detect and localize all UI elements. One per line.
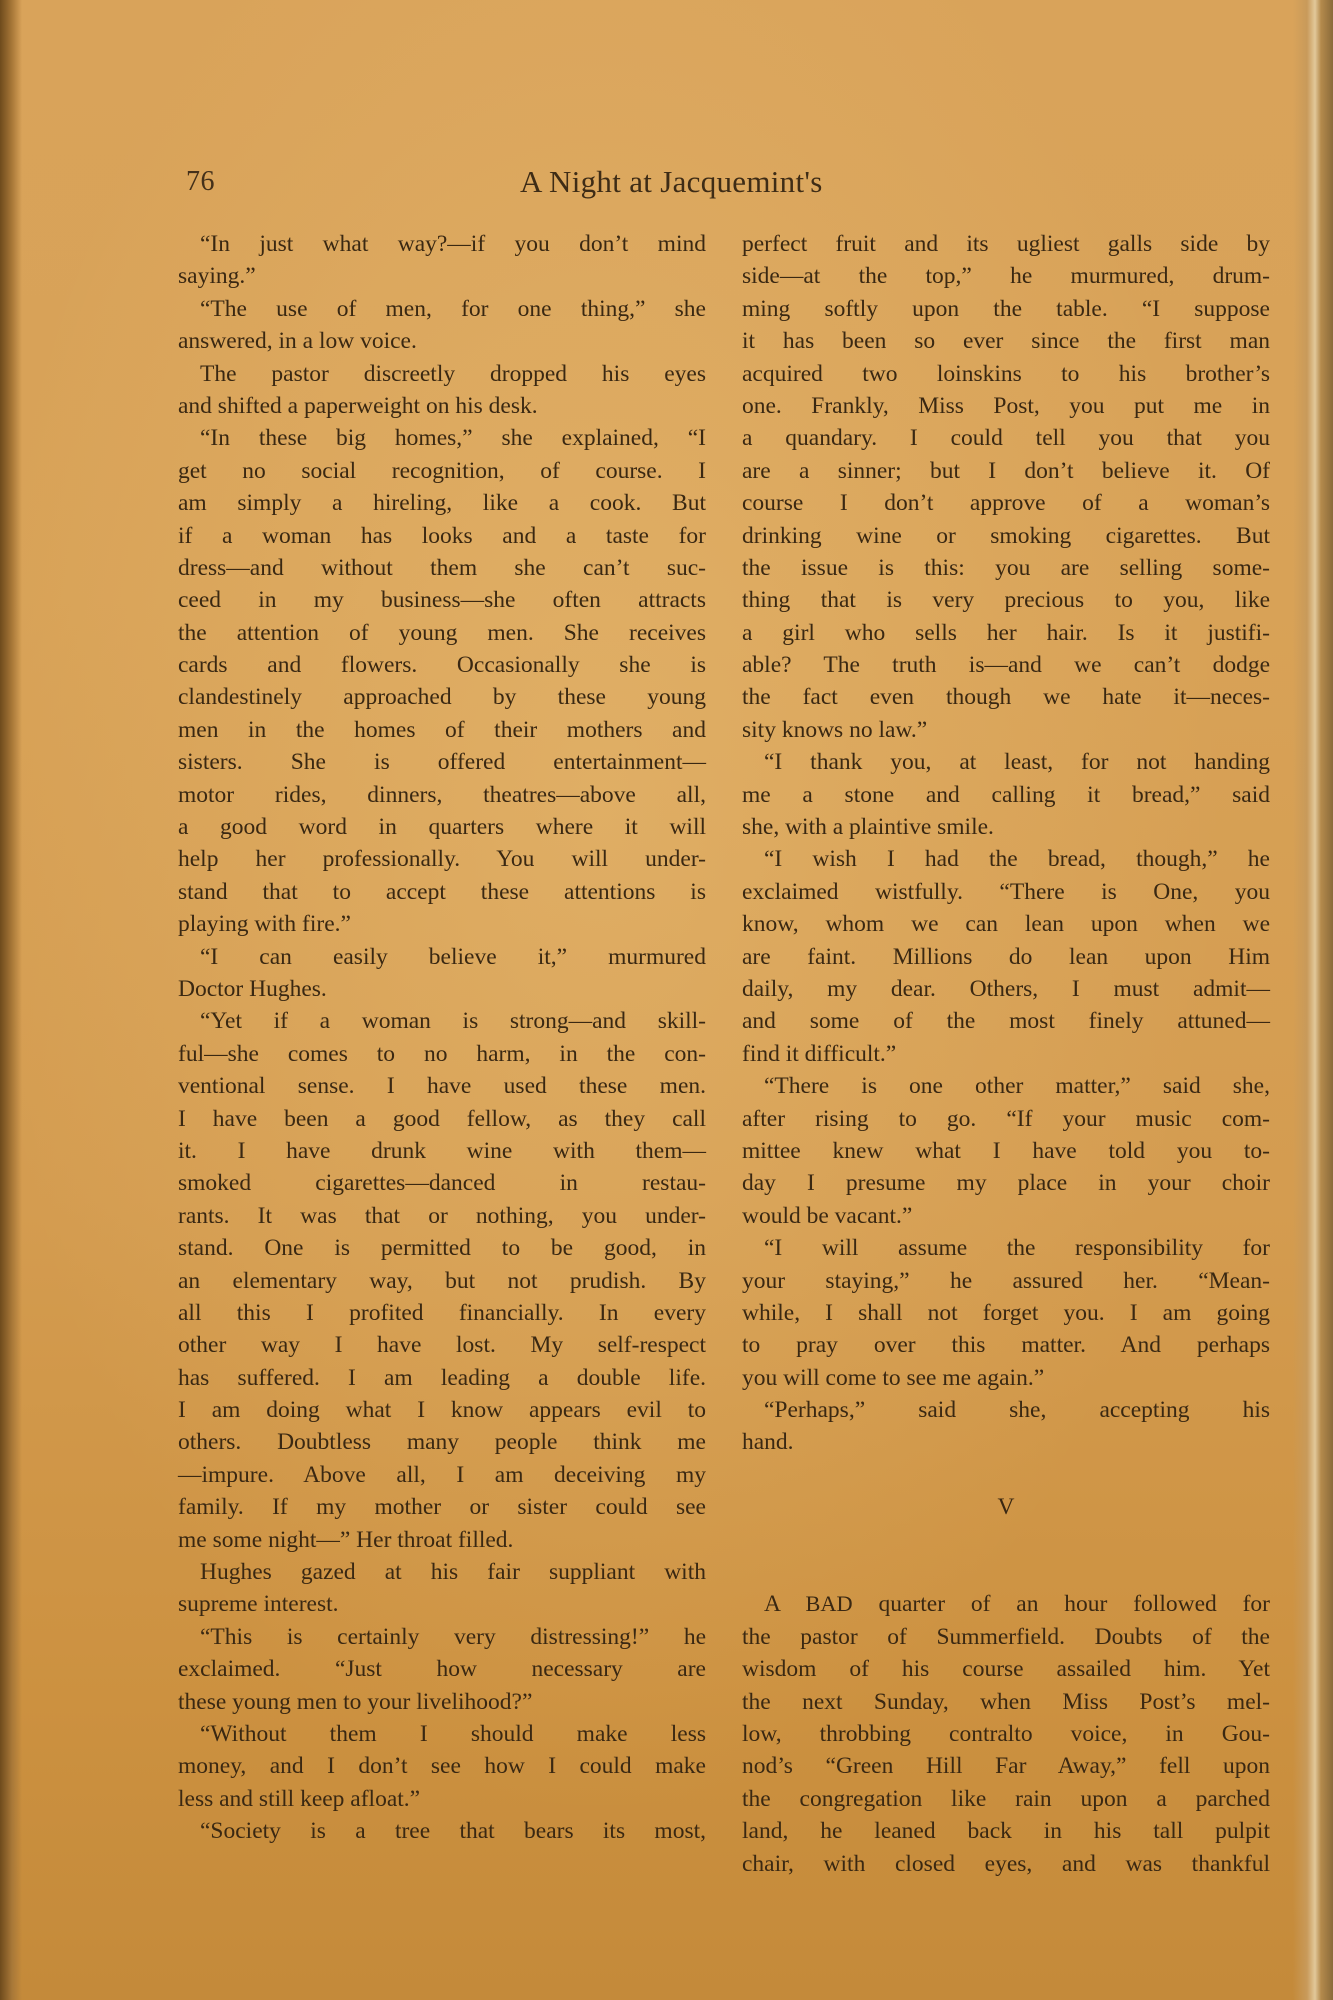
text-line: course I don’t approve of a woman’s — [742, 487, 1270, 519]
blank-line — [742, 1524, 1270, 1556]
text-line: the next Sunday, when Miss Post’s mel- — [742, 1686, 1270, 1718]
text-line: chair, with closed eyes, and was thankfu… — [742, 1848, 1270, 1880]
text-line: it has been so ever since the first man — [742, 325, 1270, 357]
text-line: if a woman has looks and a taste for — [178, 520, 706, 552]
text-line: “There is one other matter,” said she, — [742, 1070, 1270, 1102]
text-line: ceed in my business—she often attracts — [178, 584, 706, 616]
text-line: after rising to go. “If your music com- — [742, 1103, 1270, 1135]
blank-line — [742, 1556, 1270, 1588]
text-line: ventional sense. I have used these men. — [178, 1070, 706, 1102]
section-number: V — [742, 1491, 1270, 1523]
text-line: a good word in quarters where it will — [178, 811, 706, 843]
text-line: “I will assume the responsibility for — [742, 1232, 1270, 1264]
text-line: hand. — [742, 1426, 1270, 1458]
book-page: 76 A Night at Jacquemint's “In just what… — [0, 0, 1333, 2000]
text-line: all this I profited financially. In ever… — [178, 1297, 706, 1329]
text-line: land, he leaned back in his tall pulpit — [742, 1815, 1270, 1847]
text-line: playing with fire.” — [178, 908, 706, 940]
text-line: thing that is very precious to you, like — [742, 584, 1270, 616]
small-caps-word: BAD — [806, 1591, 853, 1616]
text-line: others. Doubtless many people think me — [178, 1426, 706, 1458]
text-line: —impure. Above all, I am deceiving my — [178, 1459, 706, 1491]
text-line: are faint. Millions do lean upon Him — [742, 941, 1270, 973]
text-line: exclaimed. “Just how necessary are — [178, 1653, 706, 1685]
text-line: answered, in a low voice. — [178, 325, 706, 357]
text-line: clandestinely approached by these young — [178, 681, 706, 713]
text-line: “I can easily believe it,” murmured — [178, 941, 706, 973]
text-line: your staying,” he assured her. “Mean- — [742, 1265, 1270, 1297]
text-line: a quandary. I could tell you that you — [742, 422, 1270, 454]
text-line: exclaimed wistfully. “There is One, you — [742, 876, 1270, 908]
text-line: one. Frankly, Miss Post, you put me in — [742, 390, 1270, 422]
text-line: daily, my dear. Others, I must admit— — [742, 973, 1270, 1005]
text-line: are a sinner; but I don’t believe it. Of — [742, 455, 1270, 487]
text-line: stand. One is permitted to be good, in — [178, 1232, 706, 1264]
text-line: The pastor discreetly dropped his eyes — [178, 358, 706, 390]
text-line: Doctor Hughes. — [178, 973, 706, 1005]
text-line: “I wish I had the bread, though,” he — [742, 843, 1270, 875]
text-line: low, throbbing contralto voice, in Gou- — [742, 1718, 1270, 1750]
text-line: saying.” — [178, 260, 706, 292]
text-line: day I presume my place in your choir — [742, 1167, 1270, 1199]
text-column-right: perfect fruit and its ugliest galls side… — [742, 228, 1270, 1880]
text-line: and some of the most finely attuned— — [742, 1005, 1270, 1037]
text-line: supreme interest. — [178, 1588, 706, 1620]
blank-line — [742, 1459, 1270, 1491]
text-line: you will come to see me again.” — [742, 1362, 1270, 1394]
text-line: “Yet if a woman is strong—and skill- — [178, 1005, 706, 1037]
text-line: men in the homes of their mothers and — [178, 714, 706, 746]
text-line: “Without them I should make less — [178, 1718, 706, 1750]
running-head-title: A Night at Jacquemint's — [520, 164, 823, 200]
text-line: “Society is a tree that bears its most, — [178, 1815, 706, 1847]
text-line: and shifted a paperweight on his desk. — [178, 390, 706, 422]
text-line: am simply a hireling, like a cook. But — [178, 487, 706, 519]
text-line: find it difficult.” — [742, 1038, 1270, 1070]
text-line: it. I have drunk wine with them— — [178, 1135, 706, 1167]
page-fore-edge — [1293, 0, 1333, 2000]
text-line: I am doing what I know appears evil to — [178, 1394, 706, 1426]
text-line: rants. It was that or nothing, you under… — [178, 1200, 706, 1232]
text-line: drinking wine or smoking cigarettes. But — [742, 520, 1270, 552]
text-line: A BAD quarter of an hour followed for — [742, 1588, 1270, 1620]
text-line: “This is certainly very distressing!” he — [178, 1621, 706, 1653]
text-line: the fact even though we hate it—neces- — [742, 681, 1270, 713]
text-line: less and still keep afloat.” — [178, 1783, 706, 1815]
text-line: “In just what way?—if you don’t mind — [178, 228, 706, 260]
text-line: me some night—” Her throat filled. — [178, 1524, 706, 1556]
text-line: sity knows no law.” — [742, 714, 1270, 746]
text-line: cards and flowers. Occasionally she is — [178, 649, 706, 681]
text-line: “Perhaps,” said she, accepting his — [742, 1394, 1270, 1426]
text-line: side—at the top,” he murmured, drum- — [742, 260, 1270, 292]
text-line: me a stone and calling it bread,” said — [742, 779, 1270, 811]
text-line: money, and I don’t see how I could make — [178, 1750, 706, 1782]
text-line: would be vacant.” — [742, 1200, 1270, 1232]
text-line: smoked cigarettes—danced in restau- — [178, 1167, 706, 1199]
text-line: nod’s “Green Hill Far Away,” fell upon — [742, 1750, 1270, 1782]
page-gutter-shadow — [0, 0, 22, 2000]
text-line: the congregation like rain upon a parche… — [742, 1783, 1270, 1815]
text-line: I have been a good fellow, as they call — [178, 1103, 706, 1135]
text-line: other way I have lost. My self-respect — [178, 1329, 706, 1361]
text-line: to pray over this matter. And perhaps — [742, 1329, 1270, 1361]
text-line: has suffered. I am leading a double life… — [178, 1362, 706, 1394]
text-line: she, with a plaintive smile. — [742, 811, 1270, 843]
text-line: an elementary way, but not prudish. By — [178, 1265, 706, 1297]
text-line: able? The truth is—and we can’t dodge — [742, 649, 1270, 681]
text-line: acquired two loinskins to his brother’s — [742, 358, 1270, 390]
text-line: “The use of men, for one thing,” she — [178, 293, 706, 325]
text-line: the issue is this: you are selling some- — [742, 552, 1270, 584]
text-line: ful—she comes to no harm, in the con- — [178, 1038, 706, 1070]
text-line: the pastor of Summerfield. Doubts of the — [742, 1621, 1270, 1653]
text-line: help her professionally. You will under- — [178, 843, 706, 875]
text-line: these young men to your livelihood?” — [178, 1686, 706, 1718]
text-line: dress—and without them she can’t suc- — [178, 552, 706, 584]
text-line: while, I shall not forget you. I am goin… — [742, 1297, 1270, 1329]
text-line: a girl who sells her hair. Is it justifi… — [742, 617, 1270, 649]
text-line: ming softly upon the table. “I suppose — [742, 293, 1270, 325]
text-line: sisters. She is offered entertainment— — [178, 746, 706, 778]
text-line: know, whom we can lean upon when we — [742, 908, 1270, 940]
text-line: the attention of young men. She receives — [178, 617, 706, 649]
text-line: mittee knew what I have told you to- — [742, 1135, 1270, 1167]
text-line: family. If my mother or sister could see — [178, 1491, 706, 1523]
text-line: Hughes gazed at his fair suppliant with — [178, 1556, 706, 1588]
text-line: “I thank you, at least, for not handing — [742, 746, 1270, 778]
text-line: get no social recognition, of course. I — [178, 455, 706, 487]
text-line: stand that to accept these attentions is — [178, 876, 706, 908]
text-line: perfect fruit and its ugliest galls side… — [742, 228, 1270, 260]
text-line: wisdom of his course assailed him. Yet — [742, 1653, 1270, 1685]
page-number: 76 — [186, 166, 215, 198]
text-line: “In these big homes,” she explained, “I — [178, 422, 706, 454]
text-column-left: “In just what way?—if you don’t mindsayi… — [178, 228, 706, 1848]
text-line: motor rides, dinners, theatres—above all… — [178, 779, 706, 811]
